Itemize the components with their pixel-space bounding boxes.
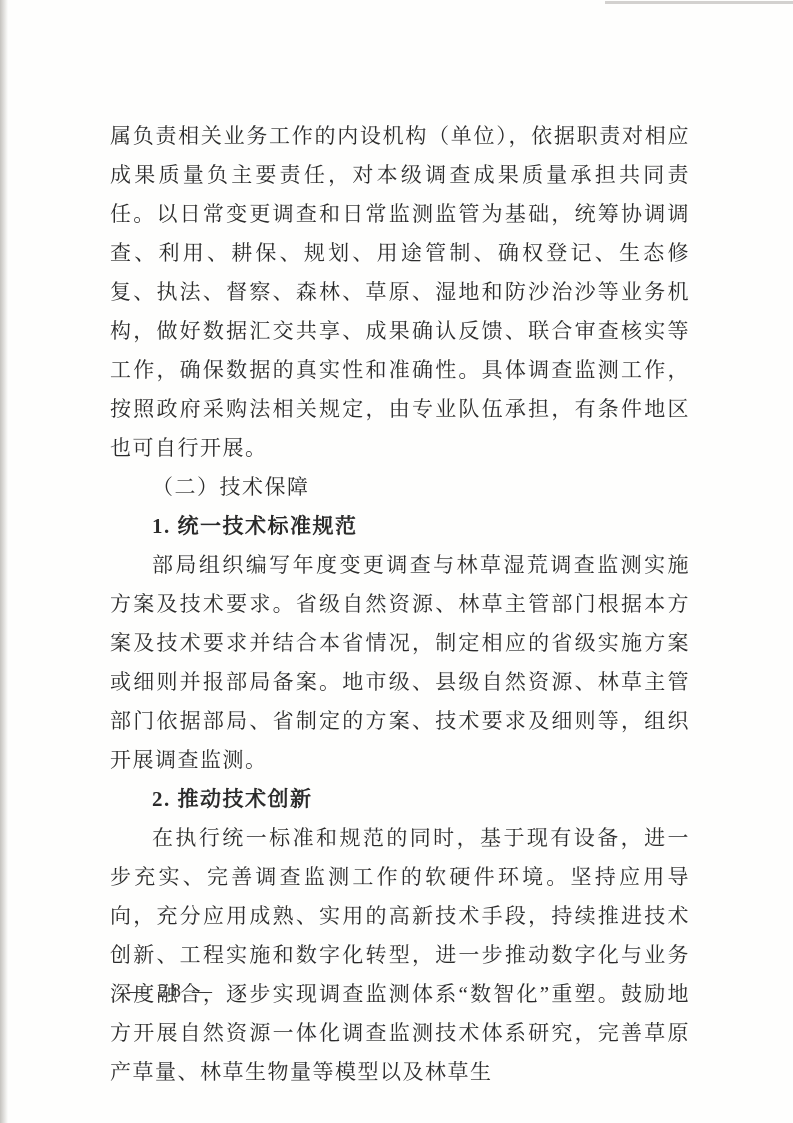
scan-edge-left [0,0,8,1123]
section-heading-technical-support: （二）技术保障 [110,468,690,507]
paragraph-continuation: 属负责相关业务工作的内设机构（单位），依据职责对相应成果质量负主要责任，对本级调… [110,117,690,468]
paragraph-unified-standards: 部局组织编写年度变更调查与林草湿荒调查监测实施方案及技术要求。省级自然资源、林草… [110,546,690,780]
document-page: 属负责相关业务工作的内设机构（单位），依据职责对相应成果质量负主要责任，对本级调… [0,0,793,1123]
scan-edge-top [605,1,793,4]
paragraph-tech-innovation: 在执行统一标准和规范的同时，基于现有设备，进一步充实、完善调查监测工作的软硬件环… [110,819,690,1092]
subsection-heading-unified-standards: 1. 统一技术标准规范 [110,507,690,546]
subsection-heading-tech-innovation: 2. 推动技术创新 [110,780,690,819]
text-block: 属负责相关业务工作的内设机构（单位），依据职责对相应成果质量负主要责任，对本级调… [110,117,690,1092]
page-number-footer: — 28 — [127,977,215,1005]
